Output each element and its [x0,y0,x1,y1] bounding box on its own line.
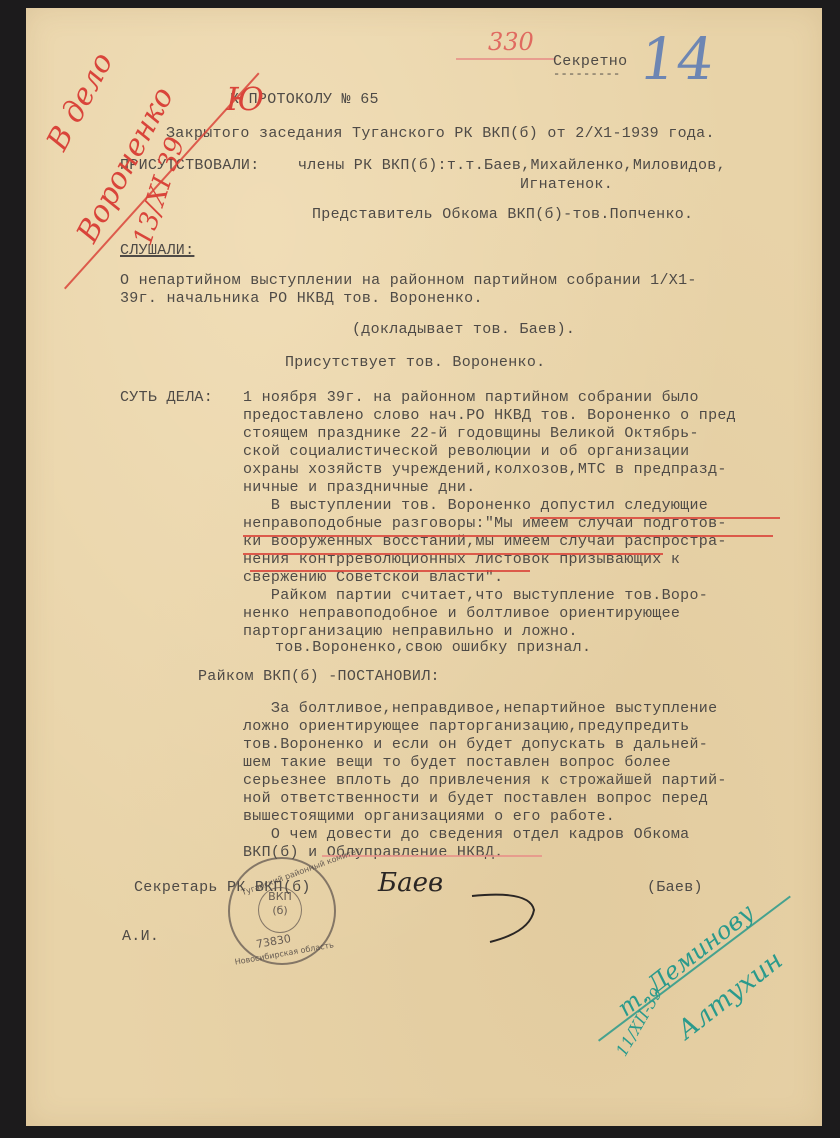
essence-line: охраны хозяйств учреждений,колхозов,МТС … [243,461,736,479]
archive-number: 330 [488,28,534,56]
secrecy-dashes: --------- [553,65,621,83]
session-line: Закрытого заседания Туганского РК ВКП(б)… [166,125,715,143]
quote-underline-2 [243,535,773,537]
essence-line: ской социалистической революции и об орг… [243,443,736,461]
heard-subject-line2: 39г. начальника РО НКВД тов. Вороненко. [120,290,483,308]
resolution-line: За болтливое,неправдивое,непартийное выс… [243,700,727,718]
quote-underline-4 [250,570,530,572]
heard-attendee: Присутствует тов. Вороненко. [285,354,545,372]
resolution-line: серьезнее вплоть до привлечения к строжа… [243,772,727,790]
stamp-center: ВКП (б) [258,887,302,933]
essence-body: 1 ноября 39г. на районном партийном собр… [243,389,736,641]
resolution-line: О чем довести до сведения отдел кадров О… [243,826,727,844]
signer-name: (Баев) [647,879,703,897]
present-members: члены РК ВКП(б):т.т.Баев,Михайленко,Мило… [298,157,726,175]
essence-line: стоящем празднике 22-й годовщины Великой… [243,425,736,443]
resolution-line: ВКП(б) и Облуправление НКВД. [243,844,727,862]
essence-line: ненко неправоподобное и болтливое ориент… [243,605,736,623]
essence-line: В выступлении тов. Вороненко допустил сл… [243,497,736,515]
signature-flourish [470,890,550,950]
essence-admission: тов.Вороненко,свою ошибку признал. [275,639,591,657]
resolution-line: вышестоящими организациями о его работе. [243,808,727,826]
quote-underline-1 [530,517,780,519]
archive-number-underline [456,58,556,60]
typist-initials: А.И. [122,928,159,946]
resolution-line: ложно ориентирующее парторганизацию,пред… [243,718,727,736]
heard-reporter: (докладывает тов. Баев). [352,321,575,339]
resolution-line: шем такие вещи то будет поставлен вопрос… [243,754,727,772]
present-members-cont: Игнатенок. [520,176,613,194]
quote-underline-3 [243,553,663,555]
heard-subject-line1: О непартийном выступлении на районном па… [120,272,697,290]
handwritten-signature: Баев [378,868,443,898]
resolution-body: За болтливое,неправдивое,непартийное выс… [243,700,727,862]
resolution-line: тов.Вороненко и если он будет допускать … [243,736,727,754]
heard-label: СЛУШАЛИ: [120,242,194,260]
essence-line: предоставлено слово нач.РО НКВД тов. Вор… [243,407,736,425]
essence-label: СУТЬ ДЕЛА: [120,389,213,407]
resolution-line: ной ответственности и будет поставлен во… [243,790,727,808]
essence-line: ничные и праздничные дни. [243,479,736,497]
page-number: 14 [635,25,718,93]
resolution-label: Райком ВКП(б) -ПОСТАНОВИЛ: [198,668,440,686]
representative: Представитель Обкома ВКП(б)-тов.Попченко… [312,206,693,224]
essence-line: 1 ноября 39г. на районном партийном собр… [243,389,736,407]
essence-line: свержению Советской власти". [243,569,736,587]
essence-line: Райком партии считает,что выступление то… [243,587,736,605]
party-stamp: Туганский районный комитет ВКП (б) 73830… [228,857,336,965]
